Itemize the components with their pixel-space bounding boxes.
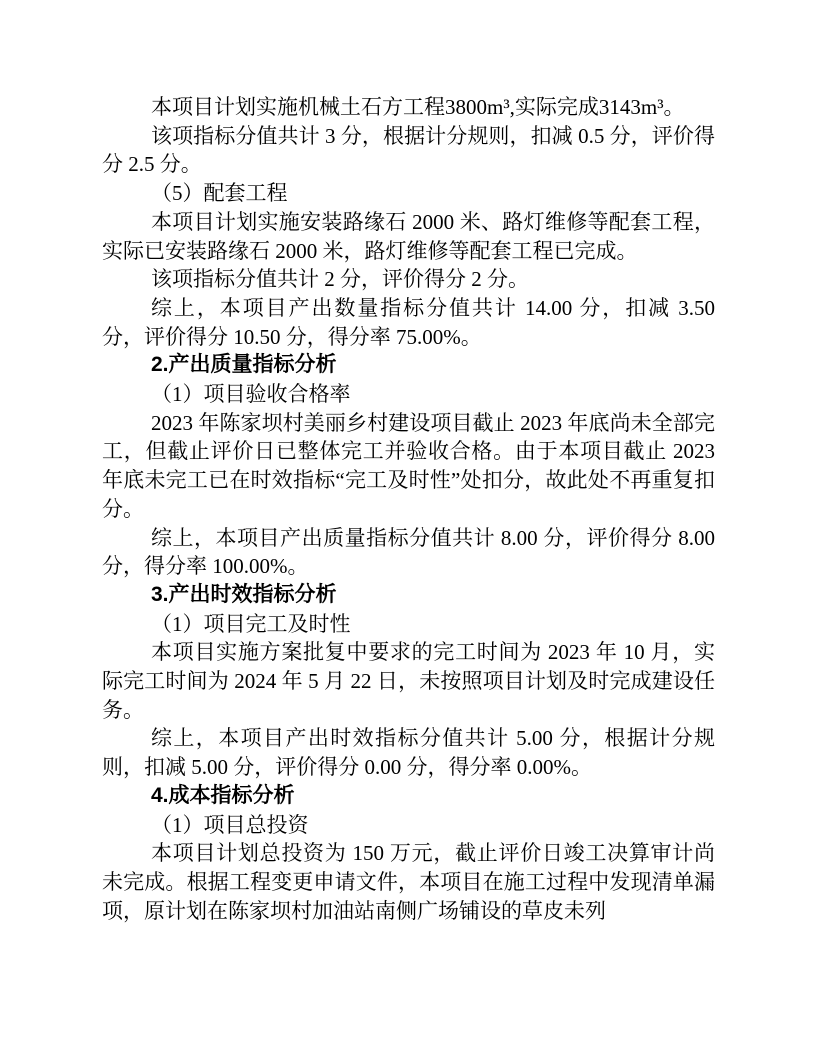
section-heading: 3.产出时效指标分析 bbox=[102, 581, 715, 610]
paragraph: 该项指标分值共计 3 分，根据计分规则，扣减 0.5 分，评价得分 2.5 分。 bbox=[102, 122, 715, 179]
paragraph: 本项目计划实施安装路缘石 2000 米、路灯维修等配套工程，实际已安装路缘石 2… bbox=[102, 208, 715, 265]
paragraph: 本项目计划实施机械土石方工程3800m³,实际完成3143m³。 bbox=[102, 93, 715, 122]
paragraph: 该项指标分值共计 2 分，评价得分 2 分。 bbox=[102, 265, 715, 294]
document-page: 本项目计划实施机械土石方工程3800m³,实际完成3143m³。该项指标分值共计… bbox=[0, 0, 816, 1056]
paragraph: 综上，本项目产出数量指标分值共计 14.00 分，扣减 3.50 分，评价得分 … bbox=[102, 294, 715, 351]
paragraph: （1）项目总投资 bbox=[102, 811, 715, 840]
document-body: 本项目计划实施机械土石方工程3800m³,实际完成3143m³。该项指标分值共计… bbox=[102, 93, 715, 925]
paragraph: 综上，本项目产出时效指标分值共计 5.00 分，根据计分规则，扣减 5.00 分… bbox=[102, 724, 715, 781]
paragraph: 2023 年陈家坝村美丽乡村建设项目截止 2023 年底尚未全部完工，但截止评价… bbox=[102, 409, 715, 524]
paragraph: 综上，本项目产出质量指标分值共计 8.00 分，评价得分 8.00 分，得分率 … bbox=[102, 524, 715, 581]
section-heading: 2.产出质量指标分析 bbox=[102, 351, 715, 380]
paragraph: 本项目实施方案批复中要求的完工时间为 2023 年 10 月，实际完工时间为 2… bbox=[102, 638, 715, 724]
section-heading: 4.成本指标分析 bbox=[102, 782, 715, 811]
paragraph: （1）项目验收合格率 bbox=[102, 380, 715, 409]
paragraph: 本项目计划总投资为 150 万元，截止评价日竣工决算审计尚未完成。根据工程变更申… bbox=[102, 839, 715, 925]
paragraph: （1）项目完工及时性 bbox=[102, 610, 715, 639]
paragraph: （5）配套工程 bbox=[102, 179, 715, 208]
